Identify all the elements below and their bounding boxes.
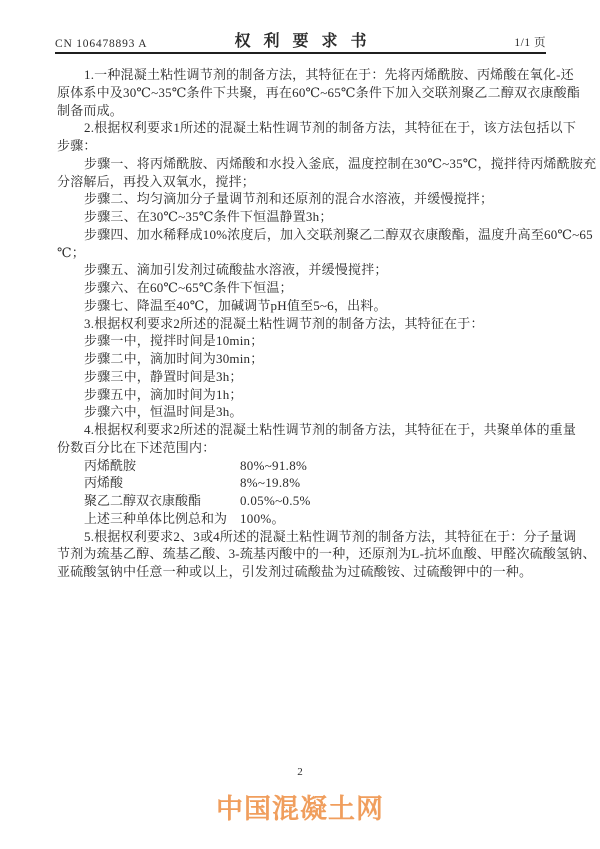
- claim-text-line: 1.一种混凝土粘性调节剂的制备方法，其特征在于：先将丙烯酰胺、丙烯酸在氧化-还: [57, 66, 547, 84]
- claims-body: 1.一种混凝土粘性调节剂的制备方法，其特征在于：先将丙烯酰胺、丙烯酸在氧化-还原…: [57, 66, 547, 581]
- document-title: 权利要求书: [221, 28, 379, 51]
- page-header: CN 106478893 A 权利要求书 1/1 页: [55, 30, 546, 50]
- component-name: 丙烯酰胺: [84, 457, 240, 475]
- claim-text-line: 3.根据权利要求2所述的混凝土粘性调节剂的制备方法，其特征在于：: [57, 315, 547, 333]
- claim-text-line: 制备而成。: [57, 102, 547, 120]
- claim-text-line: 2.根据权利要求1所述的混凝土粘性调节剂的制备方法，其特征在于，该方法包括以下: [57, 119, 547, 137]
- component-name: 聚乙二醇双衣康酸酯: [84, 492, 240, 510]
- claim-text-line: 亚硫酸氢钠中任意一种或以上，引发剂过硫酸盐为过硫酸铵、过硫酸钾中的一种。: [57, 563, 547, 581]
- claim-text-line: 步骤四、加水稀释成10%浓度后，加入交联剂聚乙二醇双衣康酸酯，温度升高至60℃~…: [57, 226, 547, 244]
- claim-text-line: 5.根据权利要求2、3或4所述的混凝土粘性调节剂的制备方法，其特征在于：分子量调: [57, 528, 547, 546]
- component-name: 上述三种单体比例总和为: [84, 510, 240, 528]
- claim-text-line: 分溶解后，再投入双氧水，搅拌；: [57, 173, 547, 191]
- claim-text-line: 原体系中及30℃~35℃条件下共聚，再在60℃~65℃条件下加入交联剂聚乙二醇双…: [57, 84, 547, 102]
- claim-text-line: 节剂为巯基乙醇、巯基乙酸、3-巯基丙酸中的一种，还原剂为L-抗坏血酸、甲醛次硫酸…: [57, 545, 547, 563]
- page-indicator: 1/1 页: [514, 34, 546, 50]
- patent-claims-page: CN 106478893 A 权利要求书 1/1 页 1.一种混凝土粘性调节剂的…: [0, 0, 600, 849]
- claim-text-line: 步骤三、在30℃~35℃条件下恒温静置3h；: [57, 208, 547, 226]
- component-range: 80%~91.8%: [240, 457, 307, 475]
- composition-row: 丙烯酸8%~19.8%: [57, 474, 547, 492]
- component-range: 8%~19.8%: [240, 474, 300, 492]
- component-name: 丙烯酸: [84, 474, 240, 492]
- claim-text-line: 步骤一中，搅拌时间是10min；: [57, 332, 547, 350]
- claim-text-line: 步骤三中，静置时间是3h；: [57, 368, 547, 386]
- claim-text-line: 步骤五中，滴加时间为1h；: [57, 386, 547, 404]
- claim-text-line: 份数百分比在下述范围内：: [57, 439, 547, 457]
- claim-text-line: 步骤二中，滴加时间为30min；: [57, 350, 547, 368]
- claims-lines-after: 5.根据权利要求2、3或4所述的混凝土粘性调节剂的制备方法，其特征在于：分子量调…: [57, 528, 547, 581]
- claim-text-line: 步骤六中，恒温时间是3h。: [57, 403, 547, 421]
- header-rule: [55, 52, 546, 54]
- claim-text-line: 步骤二、均匀滴加分子量调节剂和还原剂的混合水溶液，并缓慢搅拌；: [57, 190, 547, 208]
- claim-text-line: ℃；: [57, 244, 547, 262]
- footer-page-number: 2: [0, 766, 600, 778]
- watermark-text: 中国混凝土网: [216, 787, 384, 826]
- composition-row: 上述三种单体比例总和为100%。: [57, 510, 547, 528]
- claim-text-line: 4.根据权利要求2所述的混凝土粘性调节剂的制备方法，其特征在于，共聚单体的重量: [57, 421, 547, 439]
- composition-row: 丙烯酰胺80%~91.8%: [57, 457, 547, 475]
- composition-table: 丙烯酰胺80%~91.8%丙烯酸8%~19.8%聚乙二醇双衣康酸酯0.05%~0…: [57, 457, 547, 528]
- component-range: 100%。: [240, 510, 285, 528]
- claim-text-line: 步骤一、将丙烯酰胺、丙烯酸和水投入釜底，温度控制在30℃~35℃，搅拌待丙烯酰胺…: [57, 155, 547, 173]
- publication-number: CN 106478893 A: [55, 38, 147, 50]
- claim-text-line: 步骤七、降温至40℃，加碱调节pH值至5~6，出料。: [57, 297, 547, 315]
- composition-row: 聚乙二醇双衣康酸酯0.05%~0.5%: [57, 492, 547, 510]
- claim-text-line: 步骤六、在60℃~65℃条件下恒温；: [57, 279, 547, 297]
- claims-lines-before: 1.一种混凝土粘性调节剂的制备方法，其特征在于：先将丙烯酰胺、丙烯酸在氧化-还原…: [57, 66, 547, 457]
- claim-text-line: 步骤五、滴加引发剂过硫酸盐水溶液，并缓慢搅拌；: [57, 261, 547, 279]
- component-range: 0.05%~0.5%: [240, 492, 311, 510]
- claim-text-line: 步骤：: [57, 137, 547, 155]
